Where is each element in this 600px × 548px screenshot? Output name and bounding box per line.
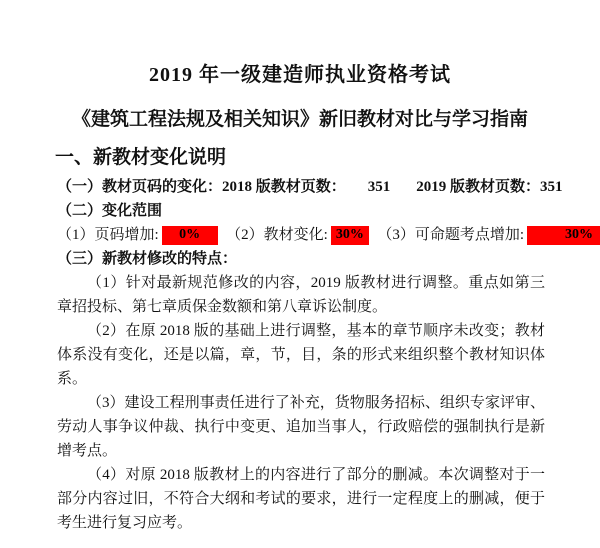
highlighted-value: 30% [527,226,600,245]
page-change-label: （一）教材页码的变化： [57,179,222,195]
scope-item-material-change: （2）教材变化:30% [226,223,369,247]
features-heading: （三）新教材修改的特点： [57,247,545,271]
scope-values-row: （1）页码增加:0% （2）教材变化:30% （3）可命题考点增加:30% [57,223,600,247]
highlighted-value: 0% [162,226,218,245]
scope-heading: （二）变化范围 [57,199,545,223]
pages-2018-value: 351 [368,179,391,195]
document-page: 2019 年一级建造师执业资格考试 《建筑工程法规及相关知识》新旧教材对比与学习… [0,0,600,548]
scope-item-label: （3）可命题考点增加: [377,223,524,247]
feature-paragraph-2: （2）在原 2018 版的基础上进行调整，基本的章节顺序未改变；教材体系没有变化… [57,319,545,391]
page-change-line: （一）教材页码的变化：2018 版教材页数：3512019 版教材页数：351 [57,175,545,199]
document-body: （一）教材页码的变化：2018 版教材页数：3512019 版教材页数：351 … [57,175,545,535]
scope-item-label: （2）教材变化: [226,223,328,247]
feature-paragraph-4: （4）对原 2018 版教材上的内容进行了部分的删减。本次调整对于一部分内容过旧… [57,463,545,535]
feature-paragraph-1: （1）针对最新规范修改的内容，2019 版教材进行调整。重点如第三章招投标、第七… [57,271,545,319]
scope-item-page-increase: （1）页码增加:0% [57,223,218,247]
pages-2019-value: 351 [540,179,563,195]
document-title: 2019 年一级建造师执业资格考试 [0,60,600,90]
pages-2019-label: 2019 版教材页数： [416,179,540,195]
feature-paragraph-3: （3）建设工程刑事责任进行了补充，货物服务招标、组织专家评审、劳动人事争议仲裁、… [57,391,545,463]
highlighted-value: 30% [331,226,369,245]
document-subtitle: 《建筑工程法规及相关知识》新旧教材对比与学习指南 [0,106,600,134]
pages-2018-label: 2018 版教材页数： [222,179,346,195]
scope-item-label: （1）页码增加: [57,223,159,247]
scope-item-exam-points: （3）可命题考点增加:30% [377,223,600,247]
section-heading: 一、新教材变化说明 [55,145,600,171]
